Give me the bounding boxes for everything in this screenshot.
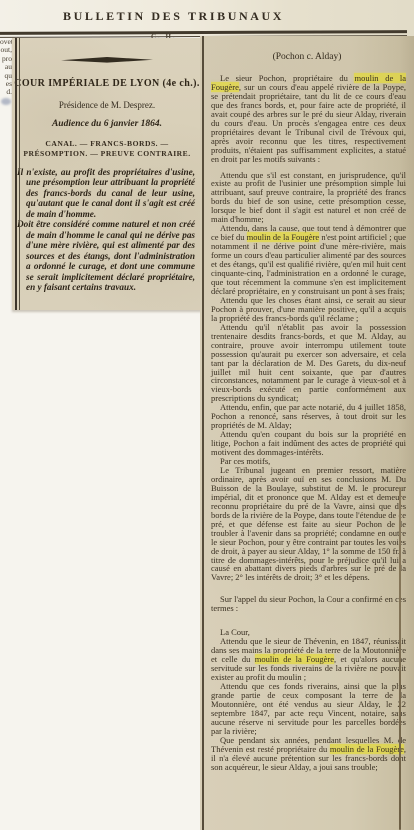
headnote-summary: Il n'existe, au profit des propriétaires… — [12, 167, 202, 292]
text-segment: Attendu qu'il n'établit pas avoir la pos… — [211, 322, 406, 404]
court-title: COUR IMPÉRIALE DE LYON (4e ch.). — [12, 78, 202, 89]
column-divider-rule — [202, 36, 204, 830]
cutoff-text-fragment: d. — [0, 88, 12, 96]
cutoff-column-fragments: ovetout,proauquesd. — [0, 38, 12, 97]
presidence-line: Présidence de M. Desprez. — [12, 100, 202, 110]
paragraph: Attendu, dans la cause, que tout tend à … — [211, 224, 406, 296]
paragraph: Sur l'appel du sieur Pochon, la Cour a c… — [211, 595, 406, 613]
text-segment: Le Tribunal jugeant en premier ressort, … — [211, 465, 406, 582]
paragraph: Que pendant six années, pendant lesquell… — [211, 736, 406, 772]
paragraph: Attendu que ces fonds riverains, ainsi q… — [211, 682, 406, 736]
paragraph: Attendu qu'il n'établit pas avoir la pos… — [211, 323, 406, 404]
case-title: (Pochon c. Alday) — [200, 52, 414, 62]
text-segment: Attendu qu'en coupant du bois sur la pro… — [211, 429, 406, 457]
column-double-rule — [15, 38, 23, 310]
case-keywords: CANAL. — FRANCS-BORDS. — PRÉSOMPTION. — … — [12, 139, 202, 158]
paragraph: Attendu que s'il est constant, en jurisp… — [211, 171, 406, 225]
text-segment: Sur l'appel du sieur Pochon, la Cour a c… — [211, 594, 406, 613]
paragraph: Attendu que les choses étant ainsi, ce s… — [211, 296, 406, 323]
text-segment: Attendu que s'il est constant, en jurisp… — [211, 170, 406, 225]
text-segment: Attendu que ces fonds riverains, ainsi q… — [211, 681, 406, 736]
paragraph: Attendu qu'en coupant du bois sur la pro… — [211, 430, 406, 457]
audience-date: Audience du 6 janvier 1864. — [12, 119, 202, 129]
paragraph: Le Tribunal jugeant en premier ressort, … — [211, 466, 406, 582]
text-segment: Attendu, enfin, que par acte notarié, du… — [211, 402, 406, 430]
text-segment: Attendu que les choses étant ainsi, ce s… — [211, 295, 406, 323]
text-segment: n'est point artificiel ; que notamment i… — [211, 232, 406, 296]
headnote-paragraph: Il n'existe, au profit des propriétaires… — [26, 167, 195, 219]
swelled-rule-ornament — [61, 56, 153, 64]
ink-smudge — [1, 98, 11, 105]
text-segment: , sur un cours d'eau appelé rivière de l… — [211, 82, 406, 164]
headnote-paragraph: Doit être considéré comme naturel et non… — [26, 219, 195, 292]
left-article-clipping: COUR IMPÉRIALE DE LYON (4e ch.). Préside… — [12, 38, 202, 310]
right-article-clipping: (Pochon c. Alday) Le sieur Pochon, propr… — [200, 36, 414, 830]
paragraph: Attendu, enfin, que par acte notarié, du… — [211, 403, 406, 430]
masthead-title: BULLETIN DES TRIBUNAUX — [63, 9, 284, 24]
scanned-newspaper-page: { "masthead": { "title": "BULLETIN DES T… — [0, 0, 414, 830]
paragraph: Le sieur Pochon, propriétaire du moulin … — [211, 74, 406, 164]
clipping-edge-line — [399, 487, 401, 830]
paragraph: Attendu que le sieur de Thévenin, en 184… — [211, 637, 406, 682]
decision-body: Le sieur Pochon, propriétaire du moulin … — [211, 74, 406, 772]
